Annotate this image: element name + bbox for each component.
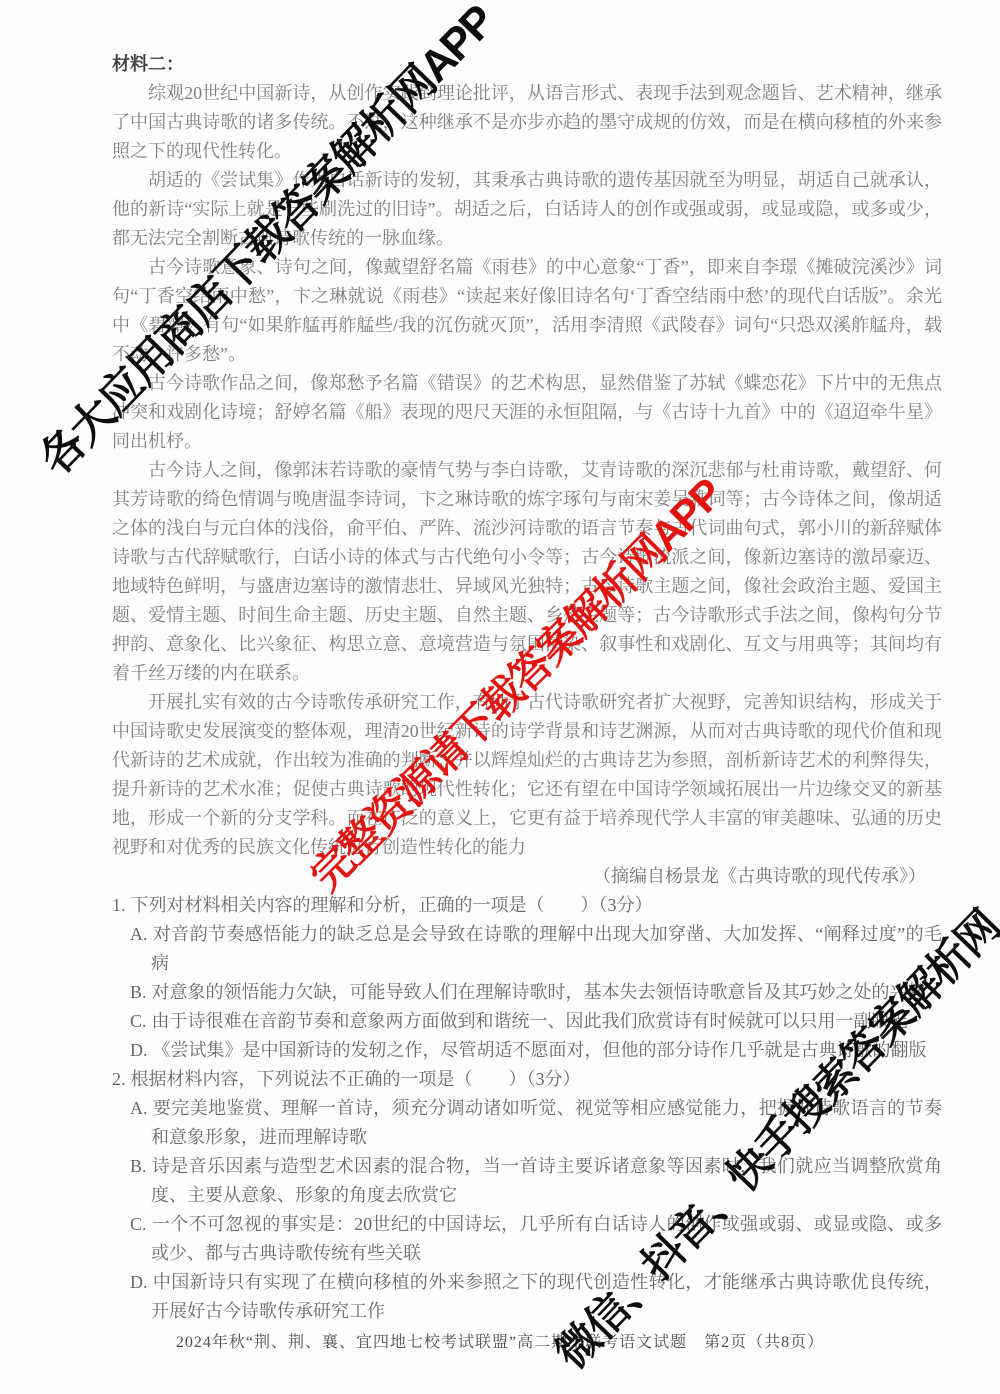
question-2: 2.根据材料内容，下列说法不正确的一项是（ ）（3分） A.要完美地鉴赏、理解一… [112, 1065, 942, 1326]
question-2-stem: 2.根据材料内容，下列说法不正确的一项是（ ）（3分） [112, 1065, 942, 1094]
question-2-number: 2. [112, 1069, 126, 1089]
option-text-c: 由于诗很难在音韵节奏和意象两方面做到和谐统一、因此我们欣赏诗有时候就可以只用一副… [152, 1011, 908, 1031]
option-label-a: A. [130, 1098, 148, 1118]
attribution: （摘编自杨景龙《古典诗歌的现代传承》） [112, 862, 942, 891]
question-1-option-d: D.《尝试集》是中国新诗的发轫之作，尽管胡适不愿面对，但他的部分诗作几乎就是古典… [130, 1036, 942, 1065]
exam-content: 材料二： 综观20世纪中国新诗，从创作实践到理论批评，从语言形式、表现手法到观念… [112, 50, 942, 1326]
material-label: 材料二： [112, 50, 942, 79]
material-paragraph-5: 古今诗人之间，像郭沫若诗歌的豪情气势与李白诗歌，艾青诗歌的深沉悲郁与杜甫诗歌，戴… [112, 456, 942, 688]
option-text-c: 一个不可忽视的事实是：20世纪的中国诗坛，几乎所有白话诗人的创作或强或弱、或显或… [151, 1214, 942, 1263]
option-text-d: 中国新诗只有实现了在横向移植的外来参照之下的现代创造性转化，才能继承古典诗歌优良… [151, 1272, 942, 1321]
question-1-option-b: B.对意象的领悟能力欠缺，可能导致人们在理解诗歌时，基本失去领悟诗歌意旨及其巧妙… [130, 978, 942, 1007]
material-paragraph-3: 古今诗歌意象、诗句之间，像戴望舒名篇《雨巷》的中心意象“丁香”，即来自李璟《摊破… [112, 253, 942, 369]
option-label-d: D. [130, 1272, 148, 1292]
option-label-b: B. [130, 982, 147, 1002]
material-paragraph-1: 综观20世纪中国新诗，从创作实践到理论批评，从语言形式、表现手法到观念题旨、艺术… [112, 79, 942, 166]
question-1-option-c: C.由于诗很难在音韵节奏和意象两方面做到和谐统一、因此我们欣赏诗有时候就可以只用… [130, 1007, 942, 1036]
question-1: 1.下列对材料相关内容的理解和分析，正确的一项是（ ）（3分） A.对音韵节奏感… [112, 891, 942, 1065]
material-paragraph-6: 开展扎实有效的古今诗歌传承研究工作，有助于古代诗歌研究者扩大视野，完善知识结构，… [112, 688, 942, 862]
option-label-c: C. [130, 1214, 147, 1234]
option-text-a: 对音韵节奏感悟能力的缺乏总是会导致在诗歌的理解中出现大加穿凿、大加发挥、“阐释过… [151, 924, 942, 973]
page-footer: 2024年秋“荆、荆、襄、宜四地七校考试联盟”高二期中联考语文试题 第2页（共8… [0, 1331, 1000, 1355]
question-1-option-a: A.对音韵节奏感悟能力的缺乏总是会导致在诗歌的理解中出现大加穿凿、大加发挥、“阐… [130, 920, 942, 978]
material-paragraph-4: 古今诗歌作品之间，像郑愁予名篇《错误》的艺术构思，显然借鉴了苏轼《蝶恋花》下片中… [112, 369, 942, 456]
question-1-stem: 1.下列对材料相关内容的理解和分析，正确的一项是（ ）（3分） [112, 891, 942, 920]
question-1-stem-text: 下列对材料相关内容的理解和分析，正确的一项是（ ）（3分） [131, 895, 653, 915]
option-label-d: D. [130, 1040, 148, 1060]
question-2-option-b: B.诗是音乐因素与造型艺术因素的混合物，当一首诗主要诉诸意象等因素时，我们就应当… [130, 1152, 942, 1210]
option-text-d: 《尝试集》是中国新诗的发轫之作，尽管胡适不愿面对，但他的部分诗作几乎就是古典诗歌… [153, 1040, 927, 1060]
question-2-option-d: D.中国新诗只有实现了在横向移植的外来参照之下的现代创造性转化，才能继承古典诗歌… [130, 1268, 942, 1326]
option-text-b: 对意象的领悟能力欠缺，可能导致人们在理解诗歌时，基本失去领悟诗歌意旨及其巧妙之处… [152, 982, 926, 1002]
option-label-a: A. [130, 924, 148, 944]
option-text-a: 要完美地鉴赏、理解一首诗，须充分调动诸如听觉、视觉等相应感觉能力，把握好诗歌语言… [151, 1098, 942, 1147]
question-2-option-c: C.一个不可忽视的事实是：20世纪的中国诗坛，几乎所有白话诗人的创作或强或弱、或… [130, 1210, 942, 1268]
option-label-c: C. [130, 1011, 147, 1031]
question-2-stem-text: 根据材料内容，下列说法不正确的一项是（ ）（3分） [131, 1069, 581, 1089]
question-1-number: 1. [112, 895, 126, 915]
exam-page: 材料二： 综观20世纪中国新诗，从创作实践到理论批评，从语言形式、表现手法到观念… [0, 0, 1000, 1394]
option-text-b: 诗是音乐因素与造型艺术因素的混合物，当一首诗主要诉诸意象等因素时，我们就应当调整… [151, 1156, 942, 1205]
material-paragraph-2: 胡适的《尝试集》作为白话新诗的发轫，其秉承古典诗歌的遗传基因就至为明显，胡适自己… [112, 166, 942, 253]
question-2-option-a: A.要完美地鉴赏、理解一首诗，须充分调动诸如听觉、视觉等相应感觉能力，把握好诗歌… [130, 1094, 942, 1152]
option-label-b: B. [130, 1156, 147, 1176]
